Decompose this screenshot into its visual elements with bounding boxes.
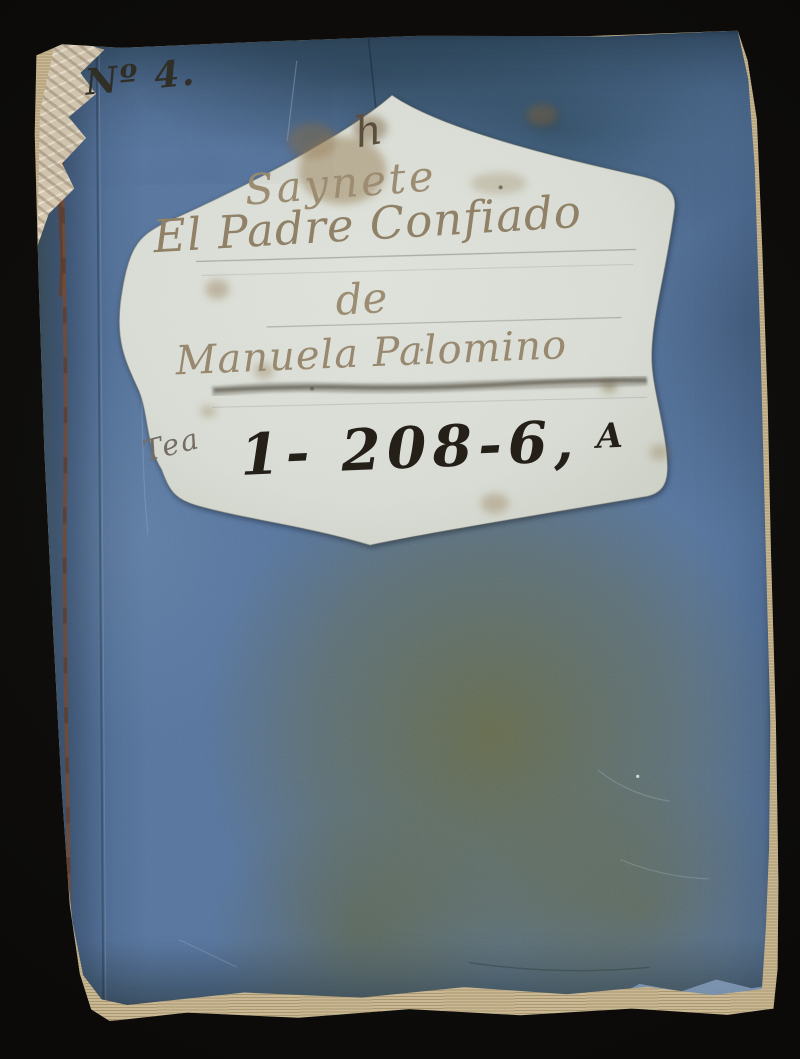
dust-speck [636,775,639,778]
label-connector-line: de [300,271,423,327]
shelfmark-suffix: A [595,416,623,457]
book: Nº 4. [33,30,780,1023]
book-cover: Nº 4. [33,30,773,1009]
shelfmark-main: 1- 208-6, [239,408,581,489]
title-label: h Saynete El Padre Confiado de Manuela P… [110,86,691,560]
photo-background: Nº 4. [0,0,800,1059]
